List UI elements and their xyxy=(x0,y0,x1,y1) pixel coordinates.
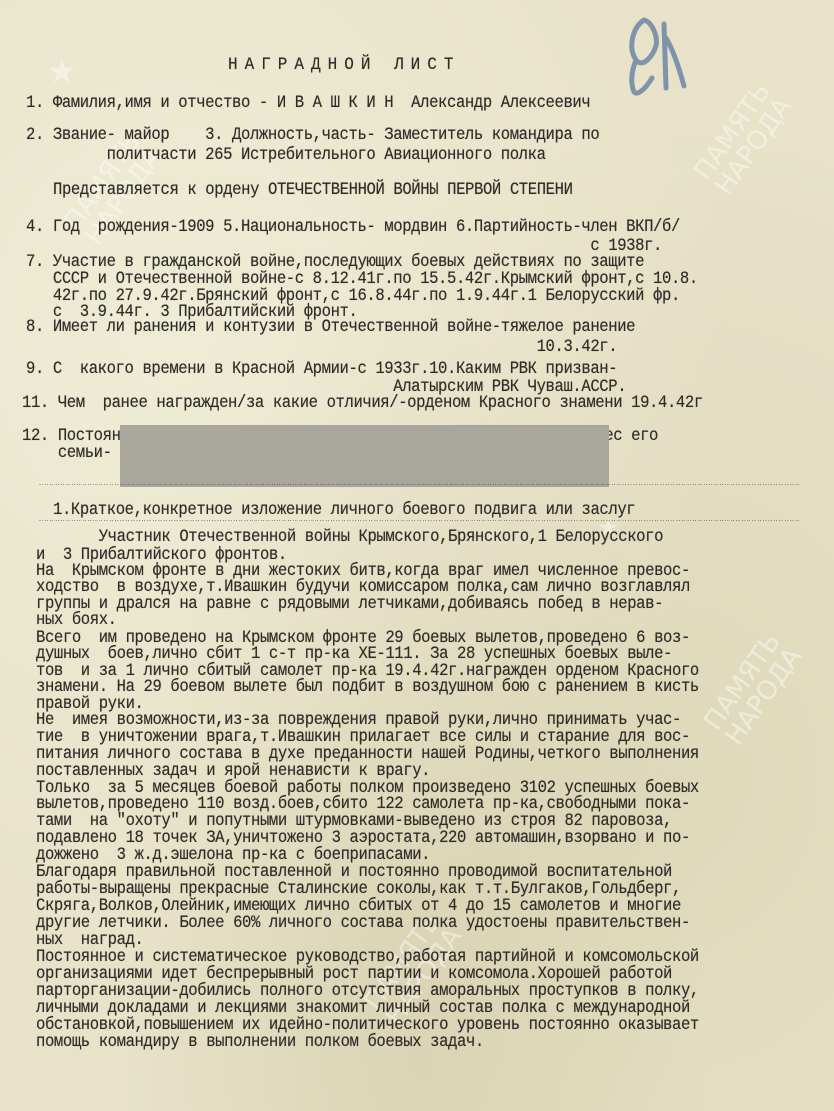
field-rank-position: 2. Звание- майор 3. Должность,часть- Зам… xyxy=(26,126,599,144)
watermark: ПАМЯТЬ НАРОДА xyxy=(700,629,807,750)
field-birth-nationality-party: 4. Год рождения-1909 5.Национальность- м… xyxy=(26,218,680,236)
field-army-service: 9. С какого времени в Красной Армии-с 19… xyxy=(26,360,617,378)
narrative-line: ных боях. xyxy=(36,611,117,629)
document-title: НАГРАДНОЙ ЛИСТ xyxy=(228,56,460,74)
separator-line: """"""""""""""""""""""""""""""""""""""""… xyxy=(38,484,800,492)
narrative-line: помощь командиру в выполнении полком бое… xyxy=(36,1033,484,1051)
watermark-star-icon: ★ xyxy=(48,40,76,97)
field-home-address: семьи- xyxy=(22,444,112,462)
field-award-nomination: Представляется к ордену ОТЕЧЕСТВЕННОЙ ВО… xyxy=(53,181,573,199)
section-title: 1.Краткое,конкретное изложение личного б… xyxy=(53,501,635,519)
redacted-address-block xyxy=(120,425,609,487)
field-wounds: 8. Имеет ли ранения и контузии в Отечест… xyxy=(26,318,635,336)
field-wounds-date: 10.3.42г. xyxy=(26,338,617,356)
field-position-continued: политчасти 265 Истребительного Авиационн… xyxy=(26,146,546,164)
watermark: ПАМЯТЬ НАРОДА xyxy=(690,79,797,200)
narrative-line: Участник Отечественной войны Крымского,Б… xyxy=(36,528,663,546)
field-previous-awards: 11. Чем ранее награжден/за какие отличия… xyxy=(22,394,703,412)
field-full-name: 1. Фамилия,имя и отчество - И В А Ш К И … xyxy=(26,94,590,112)
handwritten-page-number xyxy=(622,8,692,98)
narrative-line: группы и дрался на равне с рядовыми летч… xyxy=(36,595,663,613)
